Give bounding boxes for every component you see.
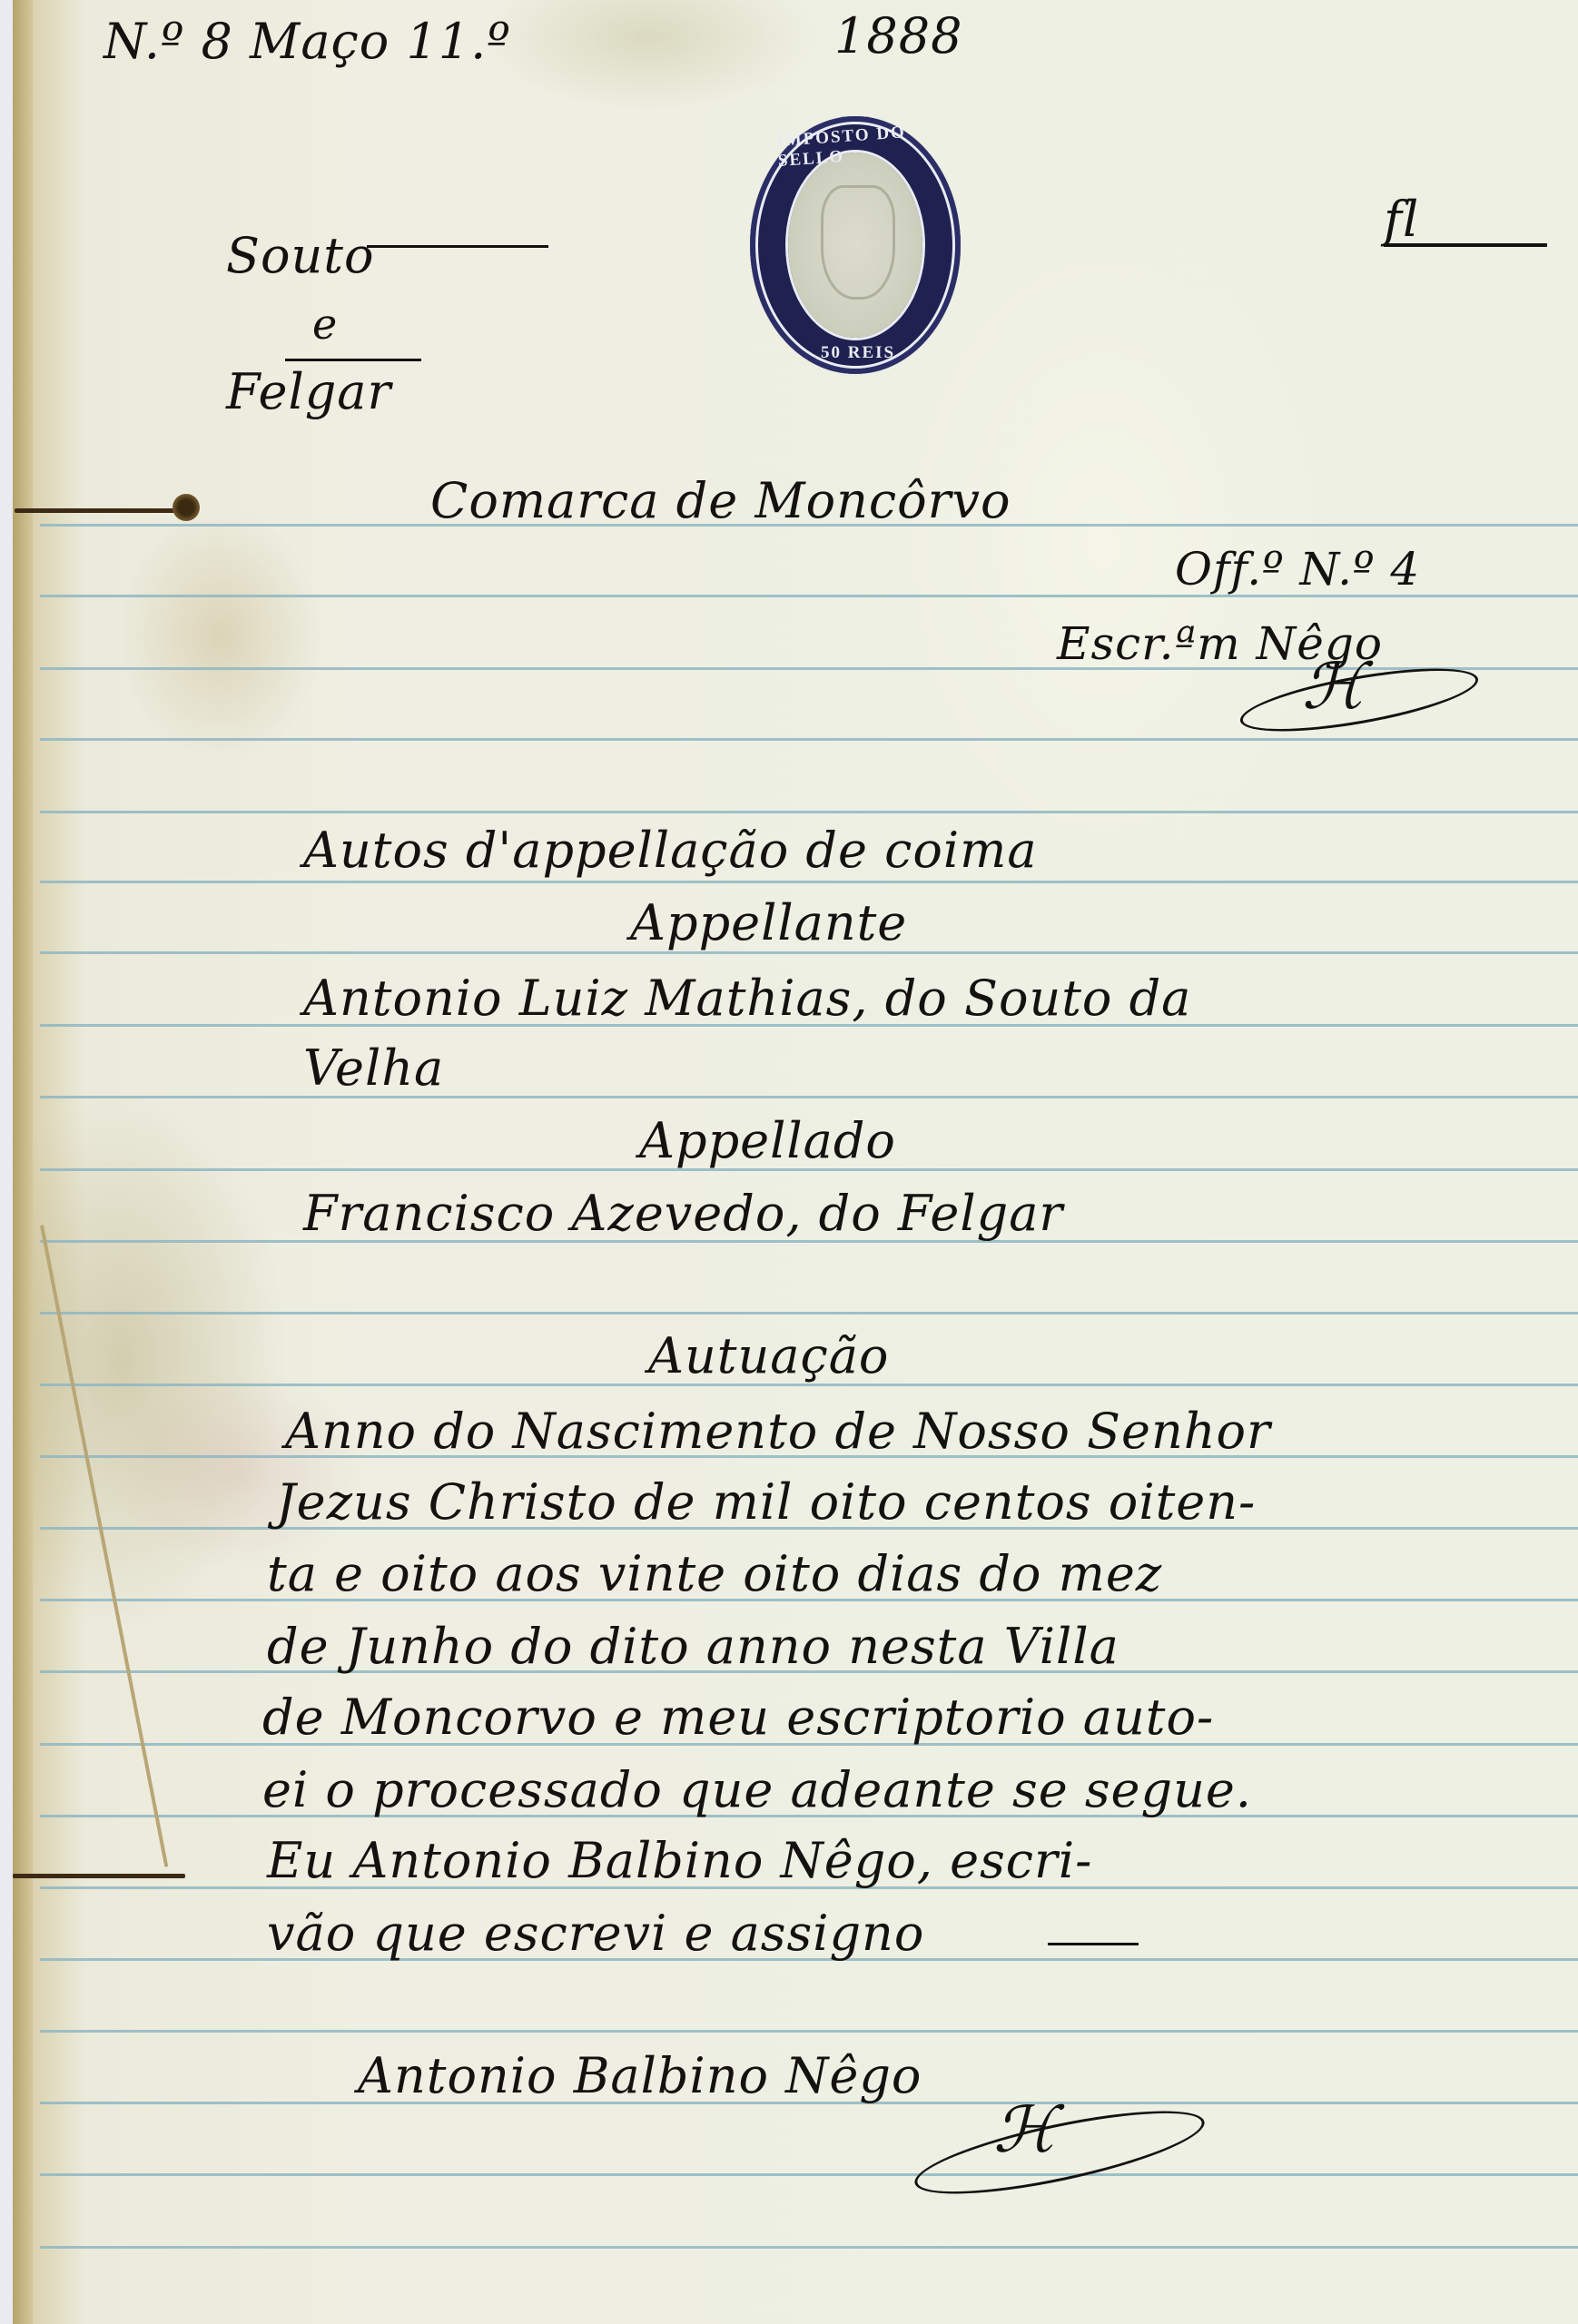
appellee-label: Appellado	[639, 1112, 896, 1169]
place-e: e	[312, 300, 338, 349]
line-end-dash	[1048, 1943, 1139, 1945]
autuacao-line: Anno do Nascimento de Nosso Senhor	[285, 1403, 1271, 1460]
ruled-line	[40, 2173, 1578, 2176]
rubric-mark-icon: ℋ	[993, 2093, 1056, 2167]
rubric-flourish-icon	[909, 2094, 1210, 2211]
appellant-name-cont: Velha	[303, 1039, 444, 1097]
page-binding-edge	[13, 0, 33, 2324]
binding-thread	[13, 1874, 185, 1878]
autuacao-line: de Moncorvo e meu escriptorio auto-	[262, 1689, 1214, 1746]
ruled-line	[40, 951, 1578, 954]
appellant-label: Appellante	[630, 894, 907, 951]
stamp-top-text: IMPOSTO DO SELLO	[776, 119, 962, 172]
case-title: Autos d'appellação de coima	[303, 822, 1038, 879]
ruled-line	[40, 881, 1578, 883]
year: 1888	[834, 7, 962, 64]
rubric-mark-icon: ℋ	[1302, 649, 1365, 724]
appellee-name: Francisco Azevedo, do Felgar	[303, 1185, 1063, 1242]
place-souto: Souto	[226, 227, 375, 284]
signature-name: Antonio Balbino Nêgo	[358, 2047, 922, 2104]
tax-stamp: IMPOSTO DO SELLO 50 REIS	[750, 116, 961, 374]
binding-thread	[15, 508, 187, 513]
ruled-line	[40, 1312, 1578, 1315]
district-title: Comarca de Moncôrvo	[430, 472, 1011, 529]
autuacao-line: Eu Antonio Balbino Nêgo, escri-	[267, 1832, 1092, 1889]
folio-underline	[1384, 243, 1547, 247]
place-felgar: Felgar	[226, 363, 391, 420]
binding-string	[40, 1225, 168, 1867]
underline	[367, 245, 548, 248]
stamp-embossed-center	[788, 153, 922, 338]
folio-mark: fl	[1384, 191, 1419, 248]
ruled-line	[40, 2246, 1578, 2249]
reference-number: N.º 8 Maço 11.º	[104, 13, 511, 70]
autuacao-line: de Junho do dito anno nesta Villa	[267, 1618, 1119, 1675]
ruled-line	[40, 811, 1578, 813]
coat-of-arms-icon	[821, 185, 895, 300]
autuacao-heading: Autuação	[648, 1327, 889, 1384]
binding-hole	[173, 494, 200, 521]
autuacao-line: Jezus Christo de mil oito centos oiten-	[276, 1473, 1256, 1531]
document-page: N.º 8 Maço 11.º 1888 fl IMPOSTO DO SELLO…	[13, 0, 1578, 2324]
ruled-line	[40, 2030, 1578, 2033]
underline	[285, 359, 421, 361]
ruled-line	[40, 738, 1578, 741]
appellant-name: Antonio Luiz Mathias, do Souto da	[303, 970, 1191, 1027]
office-number: Off.º N.º 4	[1175, 543, 1420, 596]
autuacao-line: ta e oito aos vinte oito dias do mez	[267, 1545, 1162, 1602]
autuacao-line: ei o processado que adeante se segue.	[262, 1761, 1252, 1818]
stamp-value-text: 50 REIS	[821, 343, 895, 363]
ruled-line	[40, 1096, 1578, 1098]
autuacao-line: vão que escrevi e assigno	[267, 1905, 924, 1962]
